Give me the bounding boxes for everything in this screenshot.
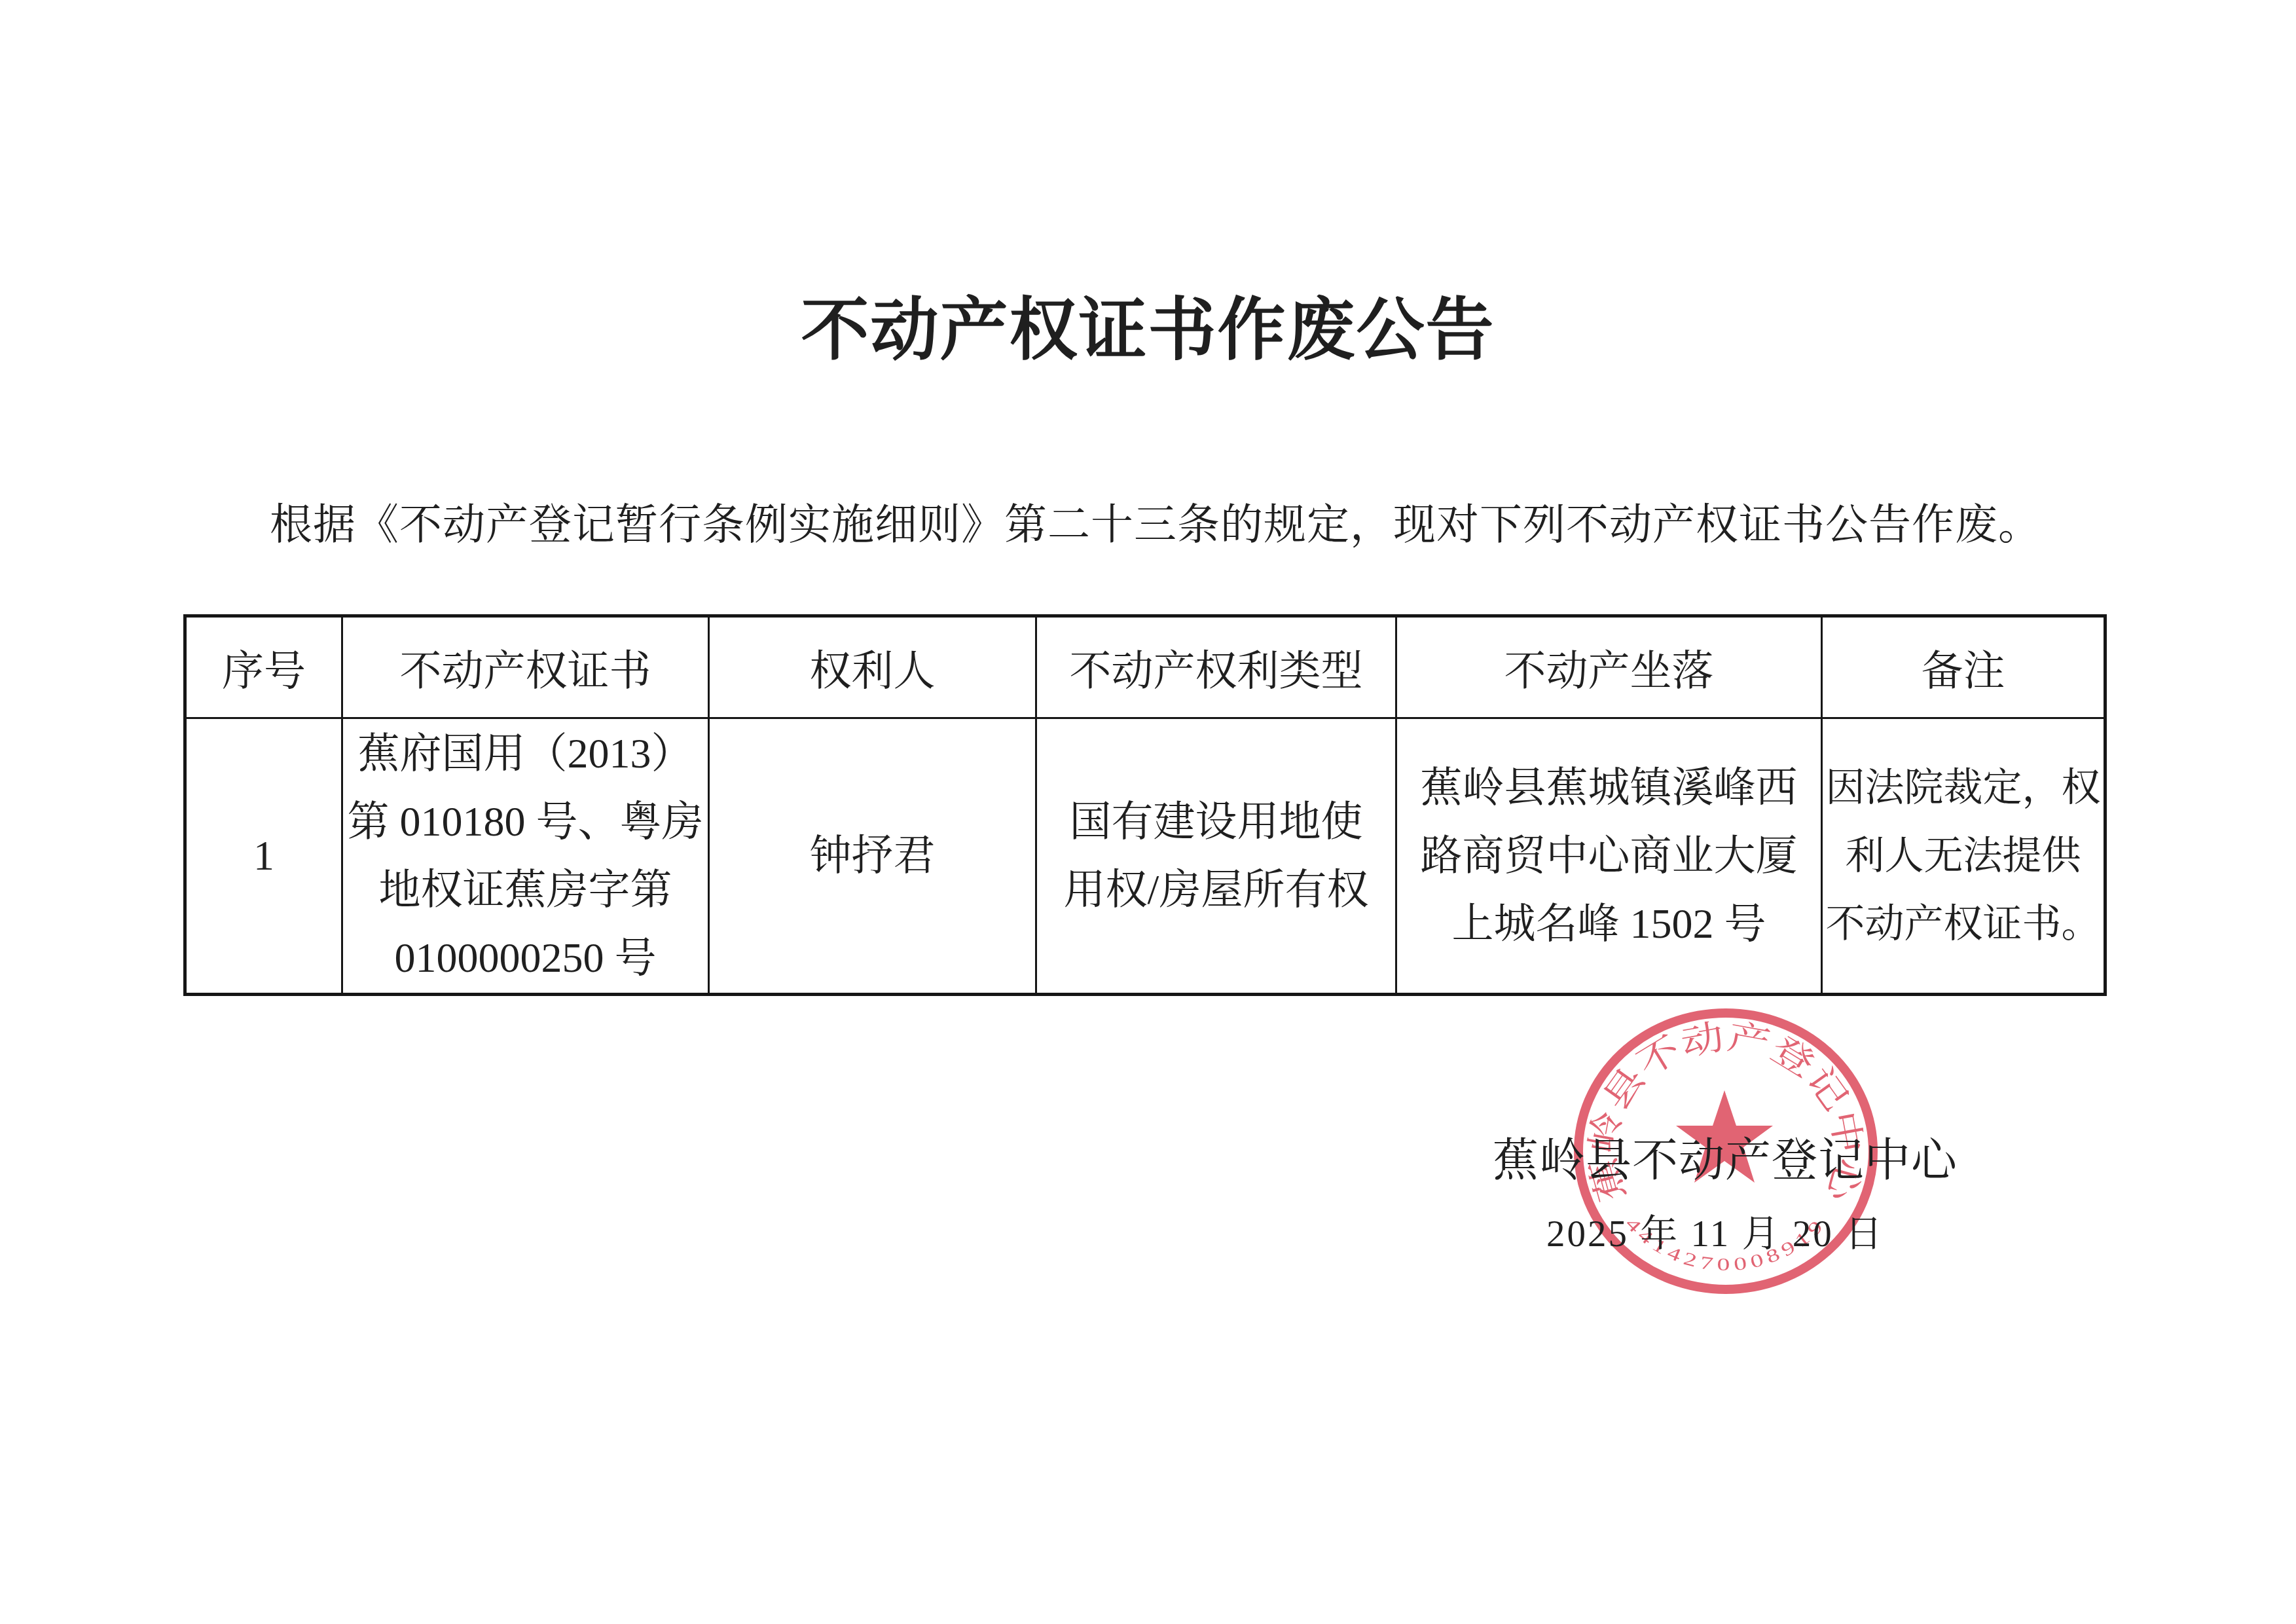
table-header-row: 序号 不动产权证书 权利人 不动产权利类型 不动产坐落 备注	[185, 616, 2105, 718]
header-certificate: 不动产权证书	[342, 616, 709, 718]
issue-date: 2025 年 11 月 20 日	[1525, 1204, 1905, 1257]
serial-number: 1	[187, 822, 341, 890]
right-holder-name: 钟抒君	[710, 822, 1035, 890]
header-right-type: 不动产权利类型	[1036, 616, 1396, 718]
remarks-line: 不动产权证书。	[1823, 890, 2104, 958]
cell-location: 蕉岭县蕉城镇溪峰西 路商贸中心商业大厦 上城名峰 1502 号	[1396, 718, 1822, 995]
cell-right-type: 国有建设用地使 用权/房屋所有权	[1036, 718, 1396, 995]
cell-certificate: 蕉府国用（2013） 第 010180 号、粤房 地权证蕉房字第 0100000…	[342, 718, 709, 995]
remarks-line: 利人无法提供	[1823, 822, 2104, 890]
certificate-line: 0100000250 号	[343, 924, 708, 992]
cell-remarks: 因法院裁定，权 利人无法提供 不动产权证书。	[1822, 718, 2105, 995]
page-title: 不动产权证书作废公告	[0, 275, 2296, 373]
right-type-line: 国有建设用地使	[1037, 788, 1395, 856]
header-serial-number: 序号	[185, 616, 342, 718]
location-line: 路商贸中心商业大厦	[1397, 822, 1821, 890]
right-type-line: 用权/房屋所有权	[1037, 856, 1395, 924]
revocation-table: 序号 不动产权证书 权利人 不动产权利类型 不动产坐落 备注 1 蕉府国用（20…	[183, 614, 2107, 996]
cell-serial-number: 1	[185, 718, 342, 995]
header-location: 不动产坐落	[1396, 616, 1822, 718]
certificate-line: 蕉府国用（2013）	[343, 720, 708, 788]
remarks-text: 因法院裁定，权 利人无法提供 不动产权证书。	[1823, 754, 2104, 958]
issuer-signature: 蕉岭县不动产登记中心	[1493, 1124, 1951, 1190]
location-line: 蕉岭县蕉城镇溪峰西	[1397, 754, 1821, 822]
certificate-line: 第 010180 号、粤房	[343, 788, 708, 856]
header-right-holder: 权利人	[709, 616, 1036, 718]
location-line: 上城名峰 1502 号	[1397, 890, 1821, 958]
header-remarks: 备注	[1822, 616, 2105, 718]
certificate-line: 地权证蕉房字第	[343, 856, 708, 924]
table-row: 1 蕉府国用（2013） 第 010180 号、粤房 地权证蕉房字第 01000…	[185, 718, 2105, 995]
cell-right-holder: 钟抒君	[709, 718, 1036, 995]
document-page: 蕉岭县不动产登记中心 4414270008919 不动产权证书作废公告 根据《不…	[0, 0, 2296, 1624]
remarks-line: 因法院裁定，权	[1823, 754, 2104, 822]
intro-paragraph: 根据《不动产登记暂行条例实施细则》第二十三条的规定，现对下列不动产权证书公告作废…	[185, 490, 2109, 561]
